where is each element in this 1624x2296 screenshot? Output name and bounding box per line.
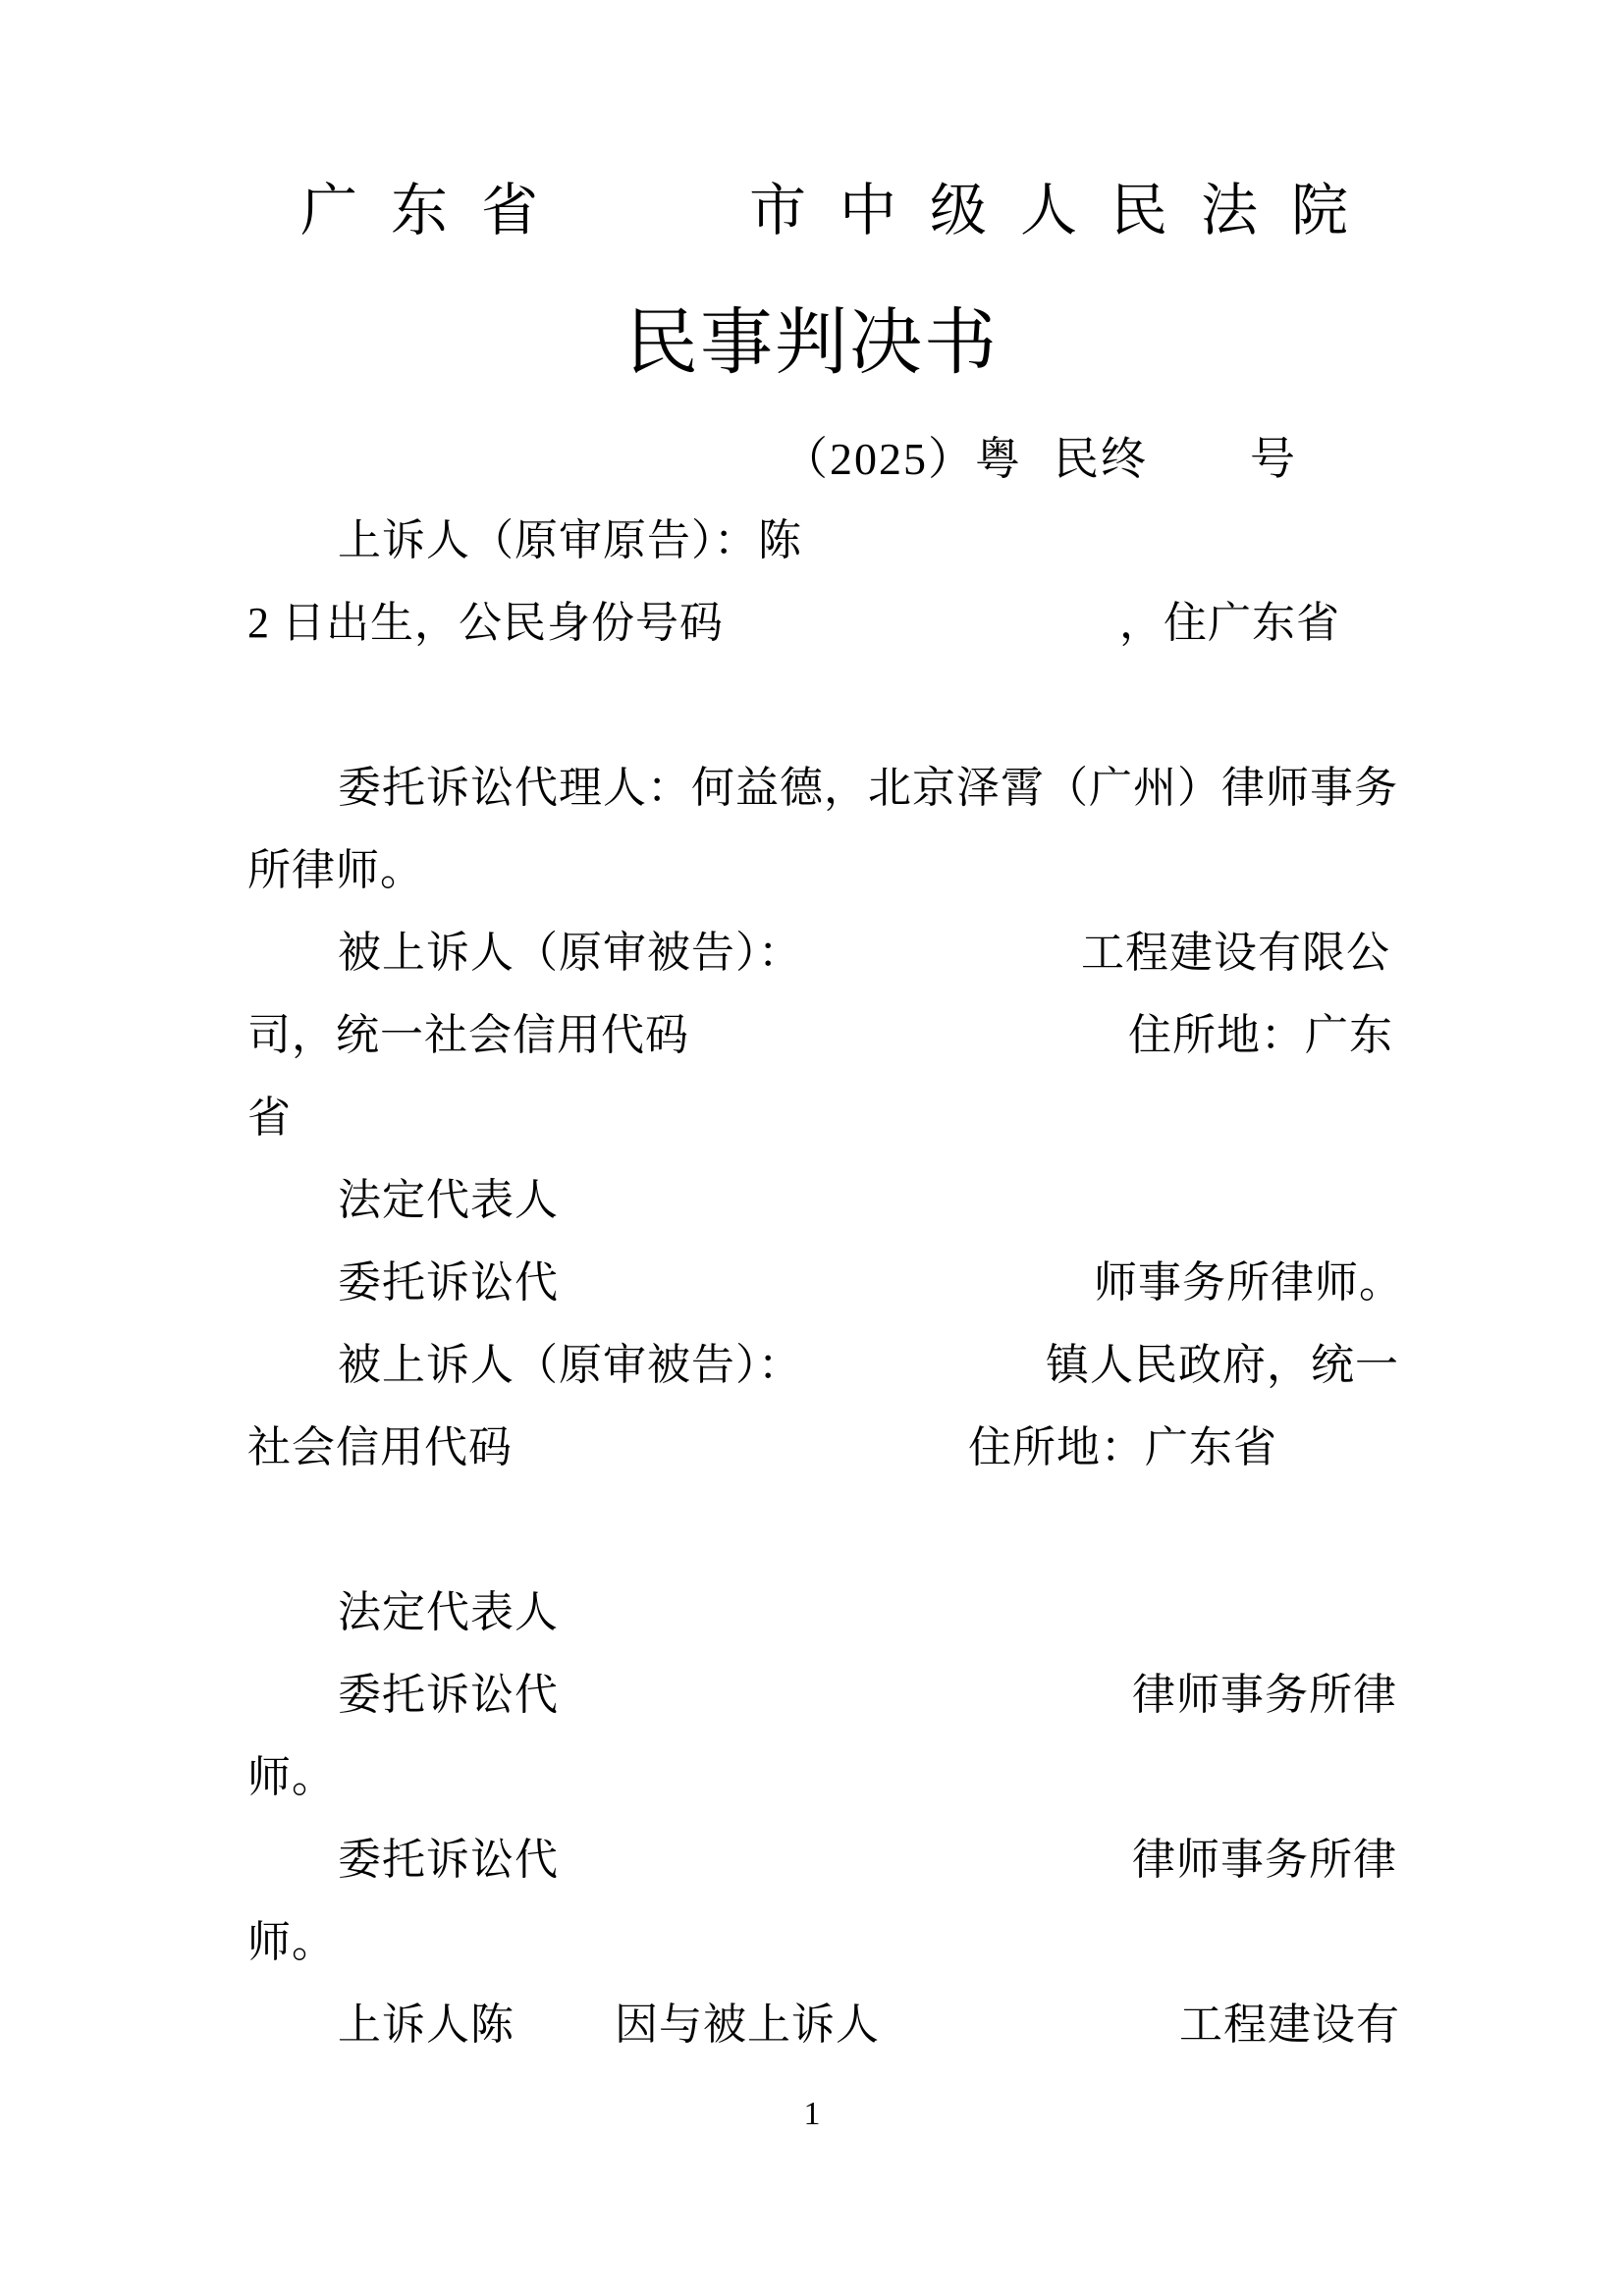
body-text: 社会信用代码 (247, 1407, 513, 1489)
body-line-company-code: 司，统一社会信用代码 住所地：广东 (247, 994, 1389, 1077)
body-text: 委托诉讼代 (247, 1819, 559, 1901)
case-number-type: 民终 (1054, 418, 1148, 501)
body-text: 因与被上诉人 (615, 1984, 880, 2066)
body-line-appellant: 上诉人（原审原告）：陈 (247, 500, 1389, 582)
body-text: 法定代表人 (247, 1159, 559, 1242)
body-line-case-intro: 上诉人陈 因与被上诉人 工程建设有 (247, 1984, 1389, 2066)
body-line-appellee2: 被上诉人（原审被告）： 镇人民政府，统一 (247, 1324, 1389, 1407)
body-text: 所律师。 (247, 829, 424, 912)
body-text: 2 日出生，公民身份号码 (247, 582, 724, 665)
body-line-agent-appellee2b: 委托诉讼代 律师事务所律 (247, 1819, 1389, 1901)
body-line-legal-rep1: 法定代表人 (247, 1159, 1389, 1242)
body-text: 工程建设有限公 (1081, 912, 1390, 994)
body-text: 法定代表人 (247, 1572, 559, 1654)
body-line-gov-code: 社会信用代码 住所地：广东省 (247, 1407, 1389, 1489)
body-line-legal-rep2: 法定代表人 (247, 1572, 1389, 1654)
case-number-suffix: 号 (1250, 418, 1297, 501)
body-text: 律师事务所律 (1132, 1654, 1397, 1736)
page-number: 1 (0, 2087, 1624, 2142)
court-name-city-court: 市中级人民法院 (749, 157, 1381, 265)
body-line-lawyer-cont2: 师。 (247, 1901, 1389, 1984)
body-line-agent-appellee1: 委托诉讼代 师事务所律师。 (247, 1242, 1389, 1324)
body-line-appellee1: 被上诉人（原审被告）： 工程建设有限公 (247, 912, 1389, 994)
body-line-province-cont: 省 (247, 1077, 1389, 1159)
body-text: 委托诉讼代理人：何益德，北京泽霄（广州）律师事务 (247, 747, 1398, 829)
body-text: 工程建设有 (1179, 1984, 1400, 2066)
court-name-province: 广东省 (300, 157, 571, 265)
body-text: 住所地：广东 (1128, 994, 1393, 1077)
body-text: 镇人民政府，统一 (1046, 1324, 1399, 1407)
body-text: 委托诉讼代 (247, 1654, 559, 1736)
body-text: 被上诉人（原审被告）： (247, 1324, 802, 1407)
body-text: 住所地：广东省 (968, 1407, 1277, 1489)
body-line-agent-cont: 所律师。 (247, 829, 1389, 912)
body-line-lawyer-cont1: 师。 (247, 1736, 1389, 1819)
body-text: 律师事务所律 (1132, 1819, 1397, 1901)
body-text: ，住广东省 (1119, 582, 1340, 665)
body-text: 上诉人陈 (247, 1984, 514, 2066)
body-text: 师。 (247, 1901, 336, 1984)
document-type-title: 民事判决书 (0, 290, 1624, 398)
body-text: 委托诉讼代 (247, 1242, 559, 1324)
body-text: 省 (247, 1077, 292, 1159)
body-line-agent-appellant: 委托诉讼代理人：何益德，北京泽霄（广州）律师事务 (247, 747, 1389, 829)
case-number-line: （2025）粤 民终 号 (247, 418, 1389, 501)
body-line-birth-id: 2 日出生，公民身份号码 ，住广东省 (247, 582, 1389, 665)
body-text: 师事务所律师。 (1094, 1242, 1403, 1324)
court-title-line: 广东省 市中级人民法院 (0, 157, 1624, 265)
case-number-year: （2025）粤 (783, 418, 1022, 501)
body-text: 师。 (247, 1736, 336, 1819)
body-text: 上诉人（原审原告）：陈 (247, 500, 802, 582)
body-text: 司，统一社会信用代码 (247, 994, 689, 1077)
body-line-agent-appellee2a: 委托诉讼代 律师事务所律 (247, 1654, 1389, 1736)
judgment-document-page: 广东省 市中级人民法院 民事判决书 （2025）粤 民终 号 上诉人（原审原告）… (0, 0, 1624, 2296)
body-text: 被上诉人（原审被告）： (247, 912, 802, 994)
